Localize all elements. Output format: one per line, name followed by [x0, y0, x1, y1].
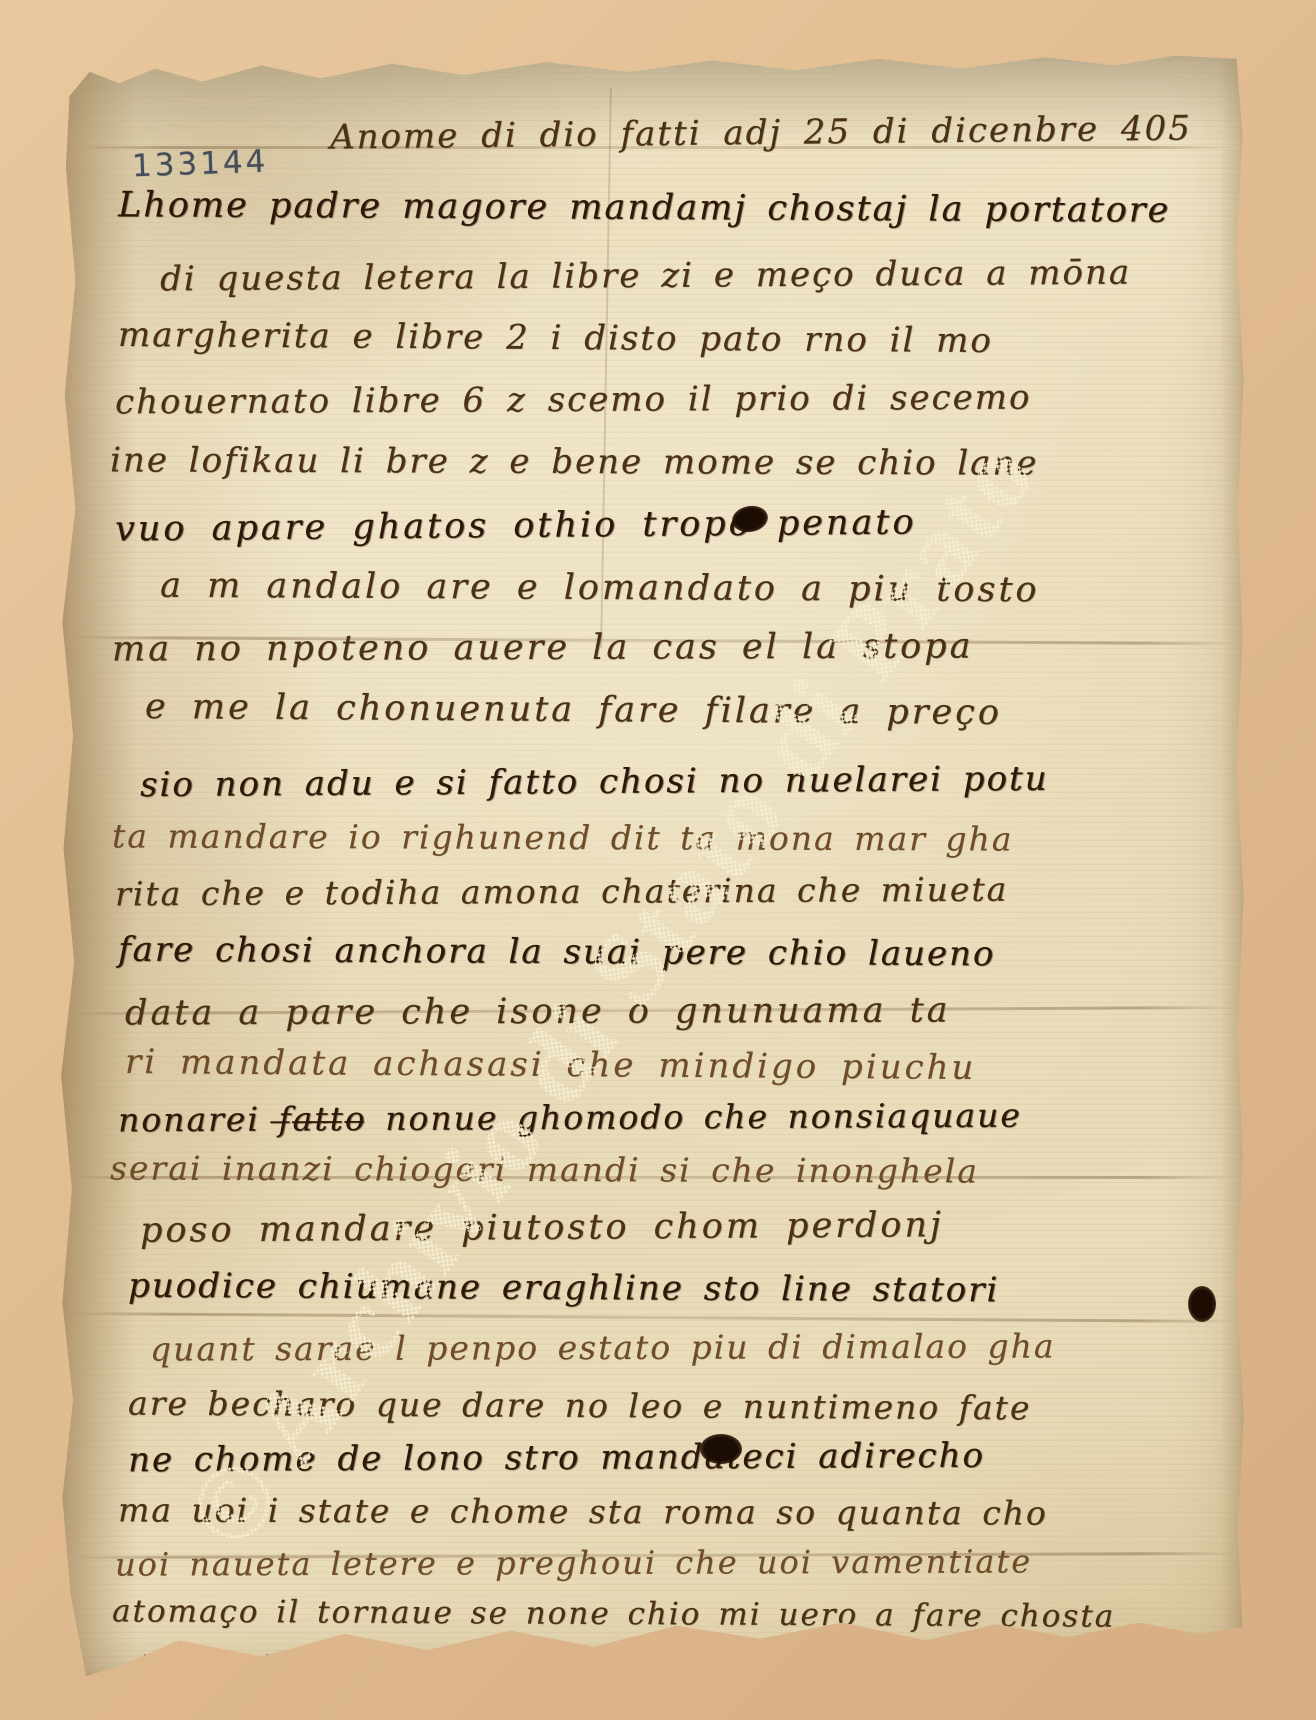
- manuscript-line: chouernato libre 6 z scemo il prio di se…: [115, 378, 1032, 423]
- manuscript-line: rita che e todiha amona chaterina che mi…: [115, 870, 1008, 914]
- manuscript-line: ta mandare io righunend dit ta mona mar …: [112, 816, 1014, 858]
- paper-right-aged-edge: [1220, 54, 1246, 1676]
- manuscript-line: di questa letera la libre zi e meço duca…: [160, 253, 1131, 300]
- vertical-fold-crease: [600, 88, 612, 648]
- paper-left-aged-edge: [60, 54, 138, 1676]
- ink-blot: [700, 1434, 742, 1464]
- fold-crease: [72, 1312, 1234, 1323]
- manuscript-line: atomaço il tornaue se none chio mi uero …: [112, 1593, 1115, 1634]
- manuscript-line: ine lofikau li bre z e bene mome se chio…: [110, 440, 1039, 483]
- manuscript-line: puodice chiumane eraghline sto line stat…: [128, 1266, 999, 1311]
- manuscript-page: 133144 Anome di dio fatti adj 25 di dice…: [60, 54, 1246, 1676]
- manuscript-line: margherita e libre 2 i disto pato rno il…: [118, 315, 993, 361]
- archive-number-stamp: 133144: [131, 144, 269, 185]
- ink-blot: [1188, 1286, 1216, 1322]
- scanned-document-page: { "page": {"background_color": "#e3bf93"…: [0, 0, 1316, 1720]
- manuscript-line: da uoi: [128, 1647, 275, 1692]
- manuscript-line: vuo apare ghatos othio tropo penato: [115, 503, 917, 550]
- manuscript-line: Anome di dio fatti adj 25 di dicenbre 40…: [330, 108, 1192, 157]
- manuscript-line: Lhome padre magore mandamj chostaj la po…: [118, 185, 1170, 231]
- manuscript-line: sio non adu e si fatto chosi no nuelarei…: [140, 759, 1049, 805]
- manuscript-line: poso mandare piutosto chom perdonj: [140, 1205, 944, 1251]
